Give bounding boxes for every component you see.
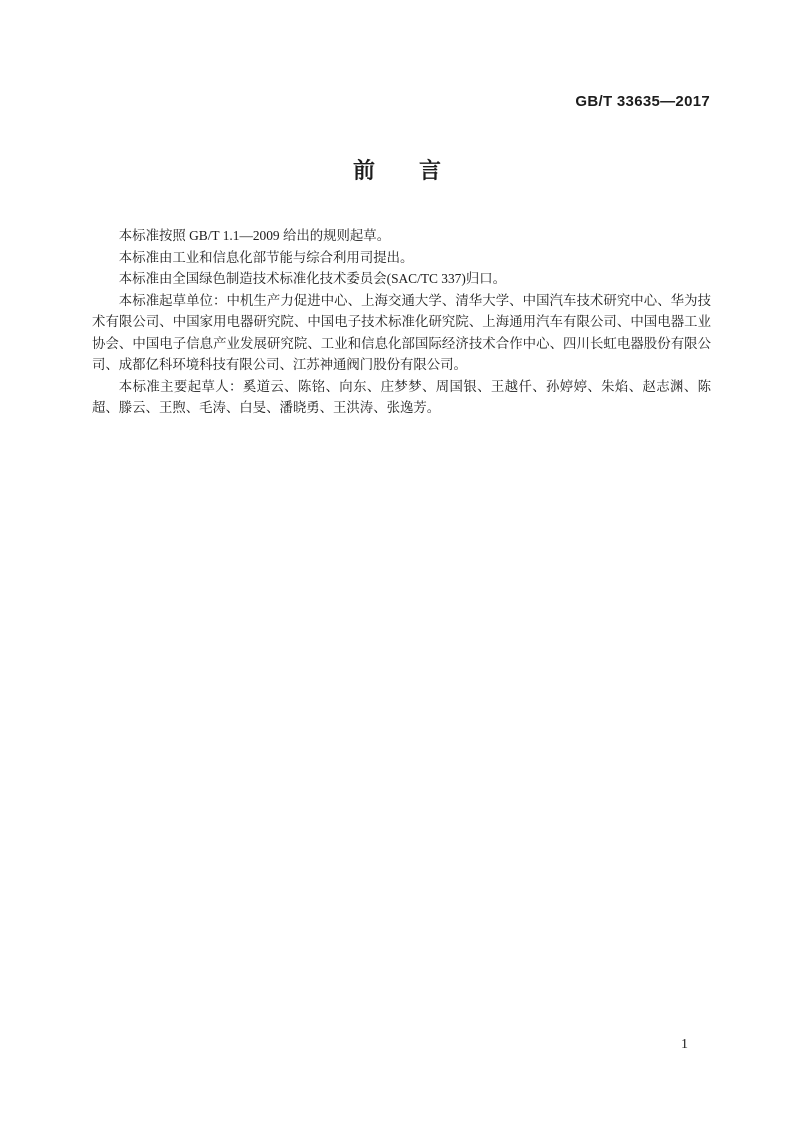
foreword-paragraph-proposed-by: 本标准由工业和信息化部节能与综合利用司提出。 <box>92 247 711 269</box>
foreword-paragraph-centralized-by: 本标准由全国绿色制造技术标准化技术委员会(SAC/TC 337)归口。 <box>92 268 711 290</box>
page-number: 1 <box>681 1037 688 1053</box>
foreword-title: 前 言 <box>0 157 794 185</box>
foreword-paragraph-chief-drafters: 本标准主要起草人：奚道云、陈铭、向东、庄梦梦、周国银、王越仟、孙婷婷、朱焰、赵志… <box>92 376 711 419</box>
foreword-paragraph-drafting-rules: 本标准按照 GB/T 1.1—2009 给出的规则起草。 <box>92 225 711 247</box>
standard-document-page: GB/T 33635—2017 前 言 本标准按照 GB/T 1.1—2009 … <box>0 0 794 1122</box>
standard-number-header: GB/T 33635—2017 <box>575 93 710 110</box>
foreword-paragraph-drafting-organizations: 本标准起草单位：中机生产力促进中心、上海交通大学、清华大学、中国汽车技术研究中心… <box>92 290 711 376</box>
foreword-body: 本标准按照 GB/T 1.1—2009 给出的规则起草。 本标准由工业和信息化部… <box>92 225 711 419</box>
